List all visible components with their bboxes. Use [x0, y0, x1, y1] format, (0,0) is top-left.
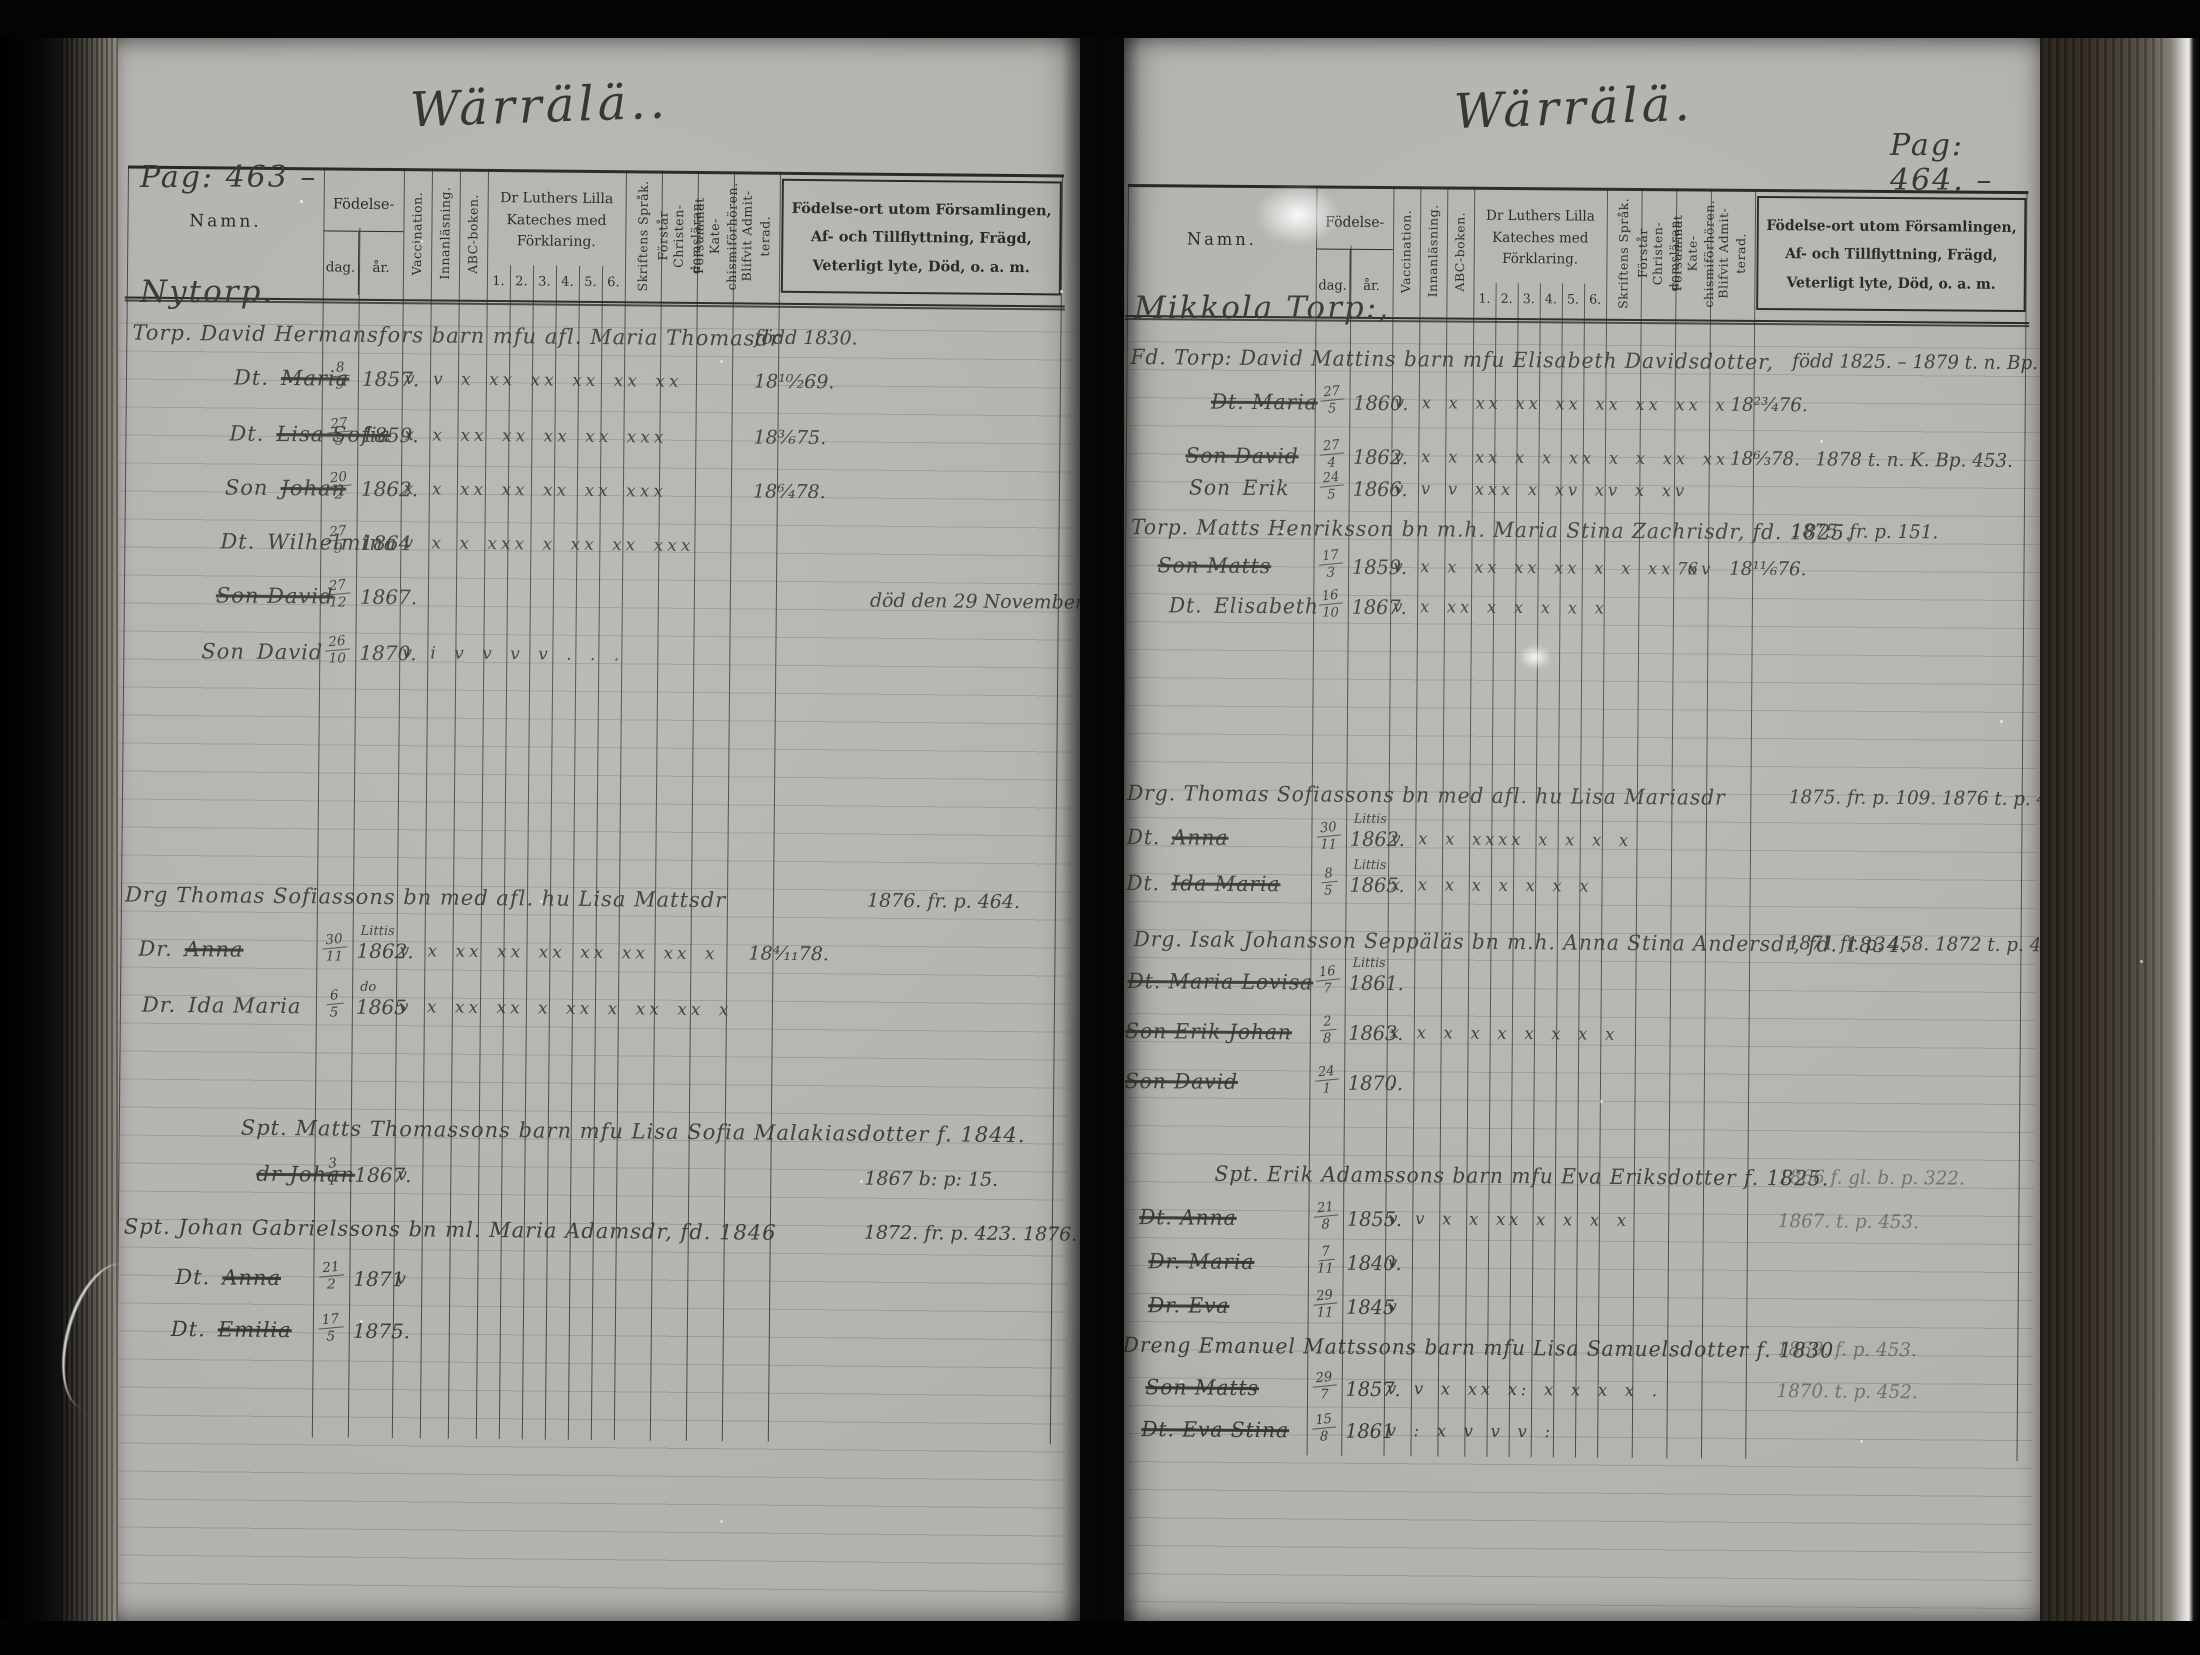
birth-month: 8 — [1323, 1030, 1331, 1046]
person-name-cell: Dr. Maria — [1148, 1249, 1254, 1274]
birth-day-header: dag. — [323, 231, 360, 294]
catechism-marks: v x x xx x x xx x x xx xx — [1394, 447, 1729, 470]
abc-book-label: ABC-boken. — [1452, 194, 1468, 310]
catechism-marks: v v x x xx x x x x — [1388, 1209, 1630, 1231]
birth-day: 27 — [1319, 383, 1345, 401]
birth-date-fraction: 275 — [1317, 384, 1348, 416]
person-name-cell: Dr.Ida Maria — [142, 993, 302, 1019]
catechism-col-5: 5. — [579, 269, 602, 297]
catechism-label-line3: Förklaring. — [1470, 249, 1611, 272]
person-name-cell: Son Matts — [1145, 1375, 1259, 1400]
birth-month: 8 — [1322, 1216, 1330, 1232]
scripture-language-label: Skriftens Språk. — [1616, 195, 1632, 311]
birth-day: 21 — [1313, 1199, 1339, 1217]
column-header-remarks: Födelse-ort utom Församlingen, Af- och T… — [1756, 196, 2026, 312]
birth-year: 1861. — [1349, 971, 1404, 995]
column-header-vaccination: Vaccination. — [403, 175, 432, 291]
admitted-date: 18⁶⁄₄78. — [753, 481, 826, 504]
person-name-cell: Dt.Elisabeth — [1169, 593, 1319, 618]
birth-place-note: Littis — [361, 924, 395, 939]
person-name: Dr. Eva — [1148, 1293, 1230, 1318]
remark-note: död den 29 November 1868. — [870, 590, 1080, 615]
catechism-col-2: 2. — [1495, 286, 1517, 314]
person-row: SonDavid26101870.v i v v v v . . . — [123, 630, 1059, 693]
column-header-birth: Födelse- dag. år. — [323, 170, 404, 295]
catechism-marks: v — [1388, 1297, 1401, 1317]
person-row: Son David27121867.död den 29 November 18… — [124, 574, 1060, 637]
catechism-marks: v x xx xx xx xx xx xx x — [399, 941, 718, 964]
birth-date-fraction: 158 — [1309, 1412, 1340, 1444]
missed-label-line1: Försummat Kate- — [690, 178, 722, 294]
birth-day: 24 — [1314, 1063, 1340, 1081]
catechism-label-line1: Dr Luthers Lilla — [1470, 206, 1611, 229]
birth-month: 2 — [335, 486, 344, 502]
column-header-admitted: Blifvit Admit- terad. — [733, 178, 780, 294]
reading-label: Innanläsning. — [1425, 193, 1441, 309]
birth-month: 12 — [329, 594, 346, 610]
birth-day: 8 — [1320, 866, 1337, 883]
person-prefix: Son — [1189, 475, 1231, 499]
birth-year: 1867. — [360, 585, 417, 610]
person-name-cell: SonDavid — [201, 639, 323, 664]
person-prefix: Dt. — [220, 529, 255, 553]
family-line: Spt. Erik Adamssons barn mfu Eva Eriksdo… — [1214, 1162, 1829, 1191]
person-name-cell: Dt.Anna — [175, 1265, 281, 1290]
person-name: Dt. Eva Stina — [1141, 1417, 1289, 1442]
family-line: Dreng Emanuel Mattssons barn mfu Lisa Sa… — [1124, 1333, 1834, 1363]
catechism-marks: v — [1388, 1253, 1401, 1273]
annotation-cell: 1869. f. p. 453. — [1777, 1338, 1917, 1361]
remark-note: 1875. fr. p. 109. 1876 t. p. 463. — [1789, 786, 2042, 810]
annotation-cell: 18¹¹⁄₆76. — [1729, 558, 1807, 581]
annotation-cell: född 1830. — [754, 327, 857, 350]
birth-place-note: Littis — [1353, 858, 1386, 873]
person-name-cell: Dt. Maria Lovisa — [1127, 969, 1313, 994]
person-name-cell: Dt.Emilia — [171, 1317, 292, 1342]
birth-month: 5 — [335, 432, 344, 448]
annotation-cell: 1870. t. p. 452. — [1776, 1380, 1917, 1403]
birth-month: 10 — [329, 650, 346, 666]
catechism-marks: v x x xxx x xx xx xxx — [403, 533, 694, 556]
remark-note: 1869. f. p. 453. — [1777, 1338, 1917, 1361]
catechism-col-1: 1. — [1473, 286, 1495, 314]
annotation-cell: 1872. fr. p. 423. 1876. t. p. 451. — [864, 1222, 1080, 1247]
birth-month: 11 — [1317, 1260, 1334, 1276]
person-name-cell: Dt.Ida Maria — [1126, 871, 1280, 896]
catechism-marks: v — [396, 1269, 410, 1289]
birth-day: 8 — [331, 360, 349, 377]
catechism-marks: x x xx xx xx xx xxx — [404, 479, 667, 502]
birth-date-fraction: 711 — [1310, 1244, 1341, 1276]
annotation-cell: 1875. fr. p. 151. — [1791, 520, 1938, 543]
book-page-stack-edge-right — [2040, 0, 2200, 1655]
annotation-cell: 18²³⁄₄76. — [1730, 394, 1808, 417]
admitted-date: 18⁴⁄₁₁78. — [748, 943, 829, 966]
birth-day: 27 — [325, 577, 352, 595]
birth-date-fraction: 175 — [315, 1312, 347, 1344]
catechism-marks: v : x v v v : — [1387, 1421, 1554, 1442]
remark-note: född 1830. — [754, 327, 857, 350]
family-line: Drg Thomas Sofiassons bn med afl. hu Lis… — [125, 883, 726, 913]
birth-day: 17 — [318, 1311, 345, 1329]
birth-day: 6 — [325, 988, 343, 1005]
birth-day: 16 — [1315, 963, 1341, 981]
birth-date-fraction: 1610 — [1315, 588, 1346, 620]
person-row: Dt. Maria2751860.v x x xx xx xx xx xx xx… — [1126, 381, 2027, 442]
birth-date-fraction: 2712 — [322, 578, 354, 610]
remark-note: 1867. t. p. 453. — [1778, 1210, 1919, 1233]
catechism-marks: v v x xx x: x x x x . — [1387, 1379, 1661, 1401]
person-name-cell: Son Matts — [1158, 553, 1272, 578]
family-line: Spt. Matts Thomassons barn mfu Lisa Sofi… — [241, 1116, 1026, 1148]
birth-day: 26 — [324, 633, 351, 651]
birth-date-fraction: 218 — [1310, 1200, 1341, 1232]
birth-date-fraction: 65 — [318, 988, 350, 1020]
birth-date-fraction: 245 — [1316, 470, 1347, 502]
catechism-marks: v x x xx xx xx xx xx xx x — [1395, 393, 1729, 416]
birth-day: 24 — [1319, 469, 1345, 487]
person-name-cell: Dt. Maria — [1211, 390, 1318, 415]
person-prefix: Son — [225, 475, 269, 499]
birth-day: 17 — [1318, 547, 1344, 565]
person-name: Son Matts — [1158, 553, 1272, 578]
birth-year-cell: Littis1861. — [1349, 971, 1404, 995]
birth-year-cell: 1867. — [360, 585, 417, 610]
birth-day: 27 — [326, 415, 353, 433]
person-name: David — [257, 640, 324, 665]
catechism-label-line2: Kateches med — [483, 210, 629, 233]
person-name: Son Erik Johan — [1125, 1019, 1292, 1044]
register-page: Pag: 464. – Wärrälä. Mikkola Torp:, Namn… — [1124, 38, 2042, 1622]
catechism-col-1: 1. — [487, 268, 510, 296]
remarks-label-line3: Veterligt lyte, Död, o. a. m. — [783, 251, 1059, 282]
birth-day: 30 — [1316, 819, 1342, 837]
dust-specks — [300, 200, 303, 203]
photo-border-bottom — [0, 1621, 2200, 1655]
annotation-cell: död den 29 November 1868. — [870, 590, 1080, 615]
person-row: Dr.Anna3011Littis1862.v x xx xx xx xx xx… — [120, 928, 1056, 991]
register-page: Pag: 463 – Wärrälä.. Nytorp. Namn. Födel… — [114, 38, 1080, 1622]
birth-year: 1875. — [353, 1319, 410, 1344]
birth-month: 2 — [327, 1276, 336, 1292]
person-prefix: Dt. — [234, 366, 269, 390]
birth-month: 7 — [1320, 1386, 1328, 1402]
admitted-label-line1: Blifvit Admit- — [739, 178, 756, 294]
birth-day: 3 — [323, 1156, 341, 1173]
column-header-missed-examination: Försummat Kate- chismiförhören. — [697, 178, 734, 294]
remark-note: 1876. fr. p. 464. — [867, 890, 1020, 913]
catechism-label-line3: Förklaring. — [483, 231, 629, 254]
birth-date-fraction: 167 — [1312, 964, 1343, 996]
reading-label: Innanläsning. — [437, 175, 454, 291]
missed-label-line1: Försummat Kate- — [1669, 195, 1700, 311]
birth-date-fraction: 297 — [1309, 1370, 1340, 1402]
birth-month: 11 — [1320, 836, 1337, 852]
birth-day: 30 — [321, 931, 348, 949]
catechism-label-line2: Kateches med — [1470, 227, 1611, 250]
abc-book-label: ABC-boken. — [465, 176, 482, 292]
person-name: Son David — [1185, 443, 1298, 468]
admitted-date: 18¹⁰⁄₂69. — [754, 371, 835, 394]
catechism-marks: v x xx xx x xx x xx xx x — [399, 997, 733, 1020]
person-name-cell: Dt.Anna — [1127, 825, 1229, 850]
annotation-cell: 18³⁄₆75. — [753, 427, 826, 450]
admitted-label-line2: terad. — [1733, 196, 1749, 312]
birth-month: 10 — [1322, 604, 1339, 620]
remarks-label-line2: Af- och Tillflyttning, Frägd, — [783, 223, 1059, 254]
birth-date-fraction: 3011 — [1313, 820, 1344, 852]
annotation-cell: 1867. t. p. 453. — [1778, 1210, 1919, 1233]
column-header-missed-examination: Försummat Kate- chismiförhören. — [1675, 195, 1711, 311]
person-row: Dt.Lisa Sofia2751859.x x xx xx xx xx xxx… — [125, 412, 1061, 475]
birth-day: 2 — [1319, 1014, 1336, 1031]
person-prefix: Dt. — [1169, 593, 1203, 617]
remark-note: 1870. t. p. 452. — [1776, 1380, 1917, 1403]
birth-header-label: Födelse- — [324, 196, 404, 213]
catechism-marks: v x x xxxx x x x x — [1391, 829, 1632, 851]
person-name-cell: SonErik — [1189, 475, 1290, 500]
birth-month: 8 — [1320, 1428, 1328, 1444]
birth-month: 11 — [1317, 1304, 1334, 1320]
person-row: Dt.Wilhelmina2791864v x x xxx x xx xx xx… — [124, 520, 1060, 583]
person-name: Elisabeth — [1214, 594, 1319, 619]
birth-day: 20 — [326, 469, 353, 487]
paper-damage-blotch — [1512, 640, 1558, 674]
person-prefix: Dt. — [229, 421, 264, 445]
person-row: Dt.Elisabeth16101867.v x xx x x x x x — [1124, 585, 2025, 646]
annotation-cell: 18¹⁰⁄₂69. — [754, 371, 835, 394]
person-name: Anna — [185, 937, 244, 962]
person-name-cell: Son David — [1125, 1069, 1238, 1094]
column-header-remarks: Födelse-ort utom Församlingen, Af- och T… — [781, 179, 1062, 296]
book-scan-photo: Pag: 463 – Wärrälä.. Nytorp. Namn. Födel… — [0, 0, 2200, 1655]
birth-day: 27 — [325, 523, 352, 541]
person-prefix: Dt. — [171, 1317, 206, 1341]
person-name-cell: Son David — [216, 583, 334, 608]
birth-date-fraction: 202 — [323, 470, 355, 502]
annotation-cell: 18⁴⁄₁₁78. — [748, 943, 829, 966]
annotation-cell: född 1825. – 1879 t. n. Bp. 542. — [1792, 350, 2042, 374]
birth-day: 27 — [1319, 437, 1345, 455]
catechism-marks: v x xx x x x x x — [1393, 597, 1608, 619]
birth-month: 3 — [1327, 564, 1335, 580]
annotation-cell: 18⁶⁄₄78. — [753, 481, 826, 504]
birth-year-header: år. — [359, 232, 404, 295]
birth-date-fraction: 275 — [323, 416, 355, 448]
birth-year-cell: 1875. — [353, 1319, 410, 1344]
person-name: Dt. Maria — [1211, 390, 1318, 415]
parish-title: Wärrälä.. — [409, 74, 670, 139]
birth-month: 5 — [330, 1004, 339, 1020]
birth-date-fraction: 212 — [315, 1260, 347, 1292]
column-header-reading: Innanläsning. — [431, 175, 460, 291]
column-header-reading: Innanläsning. — [1419, 193, 1447, 309]
remark-note: 1872. fr. p. 423. 1876. t. p. 451. — [864, 1222, 1080, 1247]
birth-date-fraction: 2610 — [321, 634, 353, 666]
remarks-label-line1: Födelse-ort utom Församlingen, — [783, 195, 1059, 226]
column-header-catechism: Dr Luthers Lilla Kateches med Förklaring… — [1470, 192, 1611, 287]
family-line: Torp. Matts Henriksson bn m.h. Maria Sti… — [1131, 515, 1853, 545]
admitted-date: 18³⁄₆75. — [753, 427, 826, 450]
person-name: Dt. Maria Lovisa — [1127, 969, 1313, 994]
paper-damage-blotch — [1238, 172, 1358, 258]
person-row: SonJohan2021862.x x xx xx xx xx xxx18⁶⁄₄… — [125, 466, 1061, 529]
person-row: Dr.Ida Maria65do1865v x xx xx x xx x xx … — [120, 984, 1056, 1047]
person-prefix: Dt. — [175, 1265, 210, 1289]
page-number-label: Pag: 463 – — [140, 160, 317, 195]
understands-label-line1: Förstår Christen- — [654, 178, 686, 294]
birth-month: 11 — [326, 948, 343, 964]
annotation-cell: 1871 fr. p. 458. 1872 t. p. 452. — [1788, 932, 2042, 956]
catechism-col-4: 4. — [556, 269, 579, 297]
person-name: Emilia — [218, 1317, 292, 1342]
catechism-marks: v x x xx xx xx x x xx xv — [1393, 557, 1714, 580]
person-row: Son David2411870.. — [1124, 1061, 2022, 1122]
catechism-marks: x x x x x x x x x — [1390, 1023, 1619, 1045]
catechism-marks: . — [1389, 1073, 1398, 1093]
register-table: Namn. Födelse- dag. år. Vaccination. Inn… — [114, 166, 1064, 1615]
birth-place-note: do — [360, 980, 376, 995]
person-name-cell: Dr. Eva — [1148, 1293, 1230, 1318]
catechism-col-3: 3. — [533, 268, 556, 296]
person-prefix: Dr. — [138, 937, 172, 961]
birth-month: 7 — [1323, 980, 1331, 996]
photo-border-top — [0, 0, 2200, 38]
catechism-col-6: 6. — [602, 269, 625, 297]
catechism-marks: v v x xx xx xx xx xx — [405, 369, 683, 392]
birth-subheaders: dag. år. — [323, 230, 404, 295]
remarks-label-line3: Veterligt lyte, Död, o. a. m. — [1758, 268, 2024, 298]
birth-date-fraction: 3011 — [318, 932, 350, 964]
column-header-catechism: Dr Luthers Lilla Kateches med Förklaring… — [483, 174, 630, 269]
person-row: Dt. Eva Stina1581861v : x v v v : — [1124, 1409, 2019, 1470]
birth-date-fraction: 173 — [1315, 548, 1346, 580]
column-header-vaccination: Vaccination. — [1393, 193, 1421, 309]
column-header-name: Namn. — [127, 211, 323, 233]
person-name: Son Matts — [1145, 1375, 1259, 1400]
person-name: Son David — [216, 583, 334, 608]
croft-section-heading: Nytorp. — [140, 274, 274, 310]
person-name-cell: Dt. Eva Stina — [1141, 1417, 1289, 1442]
birth-day: 29 — [1312, 1369, 1338, 1387]
birth-month: 9 — [334, 540, 343, 556]
person-name: Ida Maria — [1171, 871, 1280, 896]
admitted-label-line1: Blifvit Admit- — [1716, 196, 1732, 312]
vaccination-label: Vaccination. — [409, 175, 426, 291]
person-name: Dt. Anna — [1139, 1205, 1237, 1230]
vaccination-label: Vaccination. — [1398, 193, 1414, 309]
remark-note: 1875. fr. p. 151. — [1791, 520, 1938, 543]
birth-month: 1 — [328, 1172, 337, 1188]
admitted-date: 18⁶⁄₃78. — [1730, 448, 1800, 471]
remark-note: född 1825. – 1879 t. n. Bp. 542. — [1792, 350, 2042, 374]
birth-day: 29 — [1312, 1287, 1338, 1305]
person-row: Dt.Emilia1751875. — [117, 1308, 1053, 1371]
person-prefix: Son — [201, 639, 245, 663]
family-line: Spt. Johan Gabrielssons bn ml. Maria Ada… — [124, 1215, 777, 1245]
column-header-abc-book: ABC-boken. — [459, 176, 488, 292]
person-name-cell: Son Erik Johan — [1125, 1019, 1292, 1044]
family-heading-row: Drg Thomas Sofiassons bn med afl. hu Lis… — [121, 874, 1057, 937]
person-prefix: Dr. — [142, 993, 176, 1017]
annotation-cell: 1876. fr. p. 464. — [867, 890, 1020, 913]
scripture-language-label: Skriftens Språk. — [635, 177, 652, 293]
missed-examination-note: 76 — [1677, 559, 1698, 579]
family-line: Drg. Thomas Sofiassons bn med afl. hu Li… — [1127, 781, 1726, 810]
birth-month: 5 — [326, 1328, 335, 1344]
person-name-cell: Dr.Anna — [138, 937, 243, 962]
person-name: Dr. Maria — [1148, 1249, 1254, 1274]
birth-month: 1 — [1323, 1080, 1331, 1096]
catechism-col-4: 4. — [1540, 286, 1562, 314]
annotation-cell: 1866 f. gl. b. p. 322. — [1778, 1166, 1965, 1189]
remark-note: 1867 b: p: 15. — [864, 1168, 998, 1191]
admitted-date: 18¹¹⁄₆76. — [1729, 558, 1807, 581]
person-name: Anna — [1172, 825, 1229, 849]
birth-date-fraction: 241 — [1311, 1064, 1342, 1096]
catechism-col-5: 5. — [1562, 286, 1584, 314]
birth-date-fraction: 274 — [1316, 438, 1347, 470]
catechism-label-line1: Dr Luthers Lilla — [484, 188, 630, 211]
croft-section-heading: Mikkola Torp:, — [1134, 290, 1390, 326]
birth-date-fraction: 2911 — [1310, 1288, 1341, 1320]
remarks-label-line1: Födelse-ort utom Församlingen, — [1759, 212, 2025, 242]
annotation-cell: 1867 b: p: 15. — [864, 1168, 998, 1191]
catechism-marks: x x xx xx xx xx xxx — [404, 425, 667, 448]
person-name: Son David — [1125, 1069, 1238, 1094]
column-header-abc-book: ABC-boken. — [1446, 194, 1474, 310]
page-number-label: Pag: 464. – — [1890, 128, 2042, 198]
admitted-date: 18²³⁄₄76. — [1730, 394, 1808, 417]
birth-date-fraction: 31 — [316, 1156, 348, 1188]
birth-date-fraction: 279 — [322, 524, 354, 556]
person-name: Erik — [1242, 476, 1289, 500]
understands-label-line1: Förstår Christen- — [1635, 195, 1666, 311]
catechism-marks: v v v xxx x xv xv x xv — [1394, 479, 1688, 501]
remark-note: 1871 fr. p. 458. 1872 t. p. 452. — [1788, 932, 2042, 956]
person-row: dr Johan311867.v1867 b: p: 15. — [118, 1152, 1054, 1215]
annotation-cell: 18⁶⁄₃78.1878 t. n. K. Bp. 453. — [1730, 448, 2013, 472]
book-gutter-shadow — [1062, 0, 1140, 1655]
catechism-marks: v i v v v v . . . — [402, 643, 623, 665]
birth-day: 16 — [1318, 587, 1344, 605]
birth-month: 5 — [1324, 882, 1332, 898]
birth-date-fraction: 28 — [1312, 1014, 1343, 1046]
birth-day: 21 — [318, 1259, 345, 1277]
person-name-cell: Dt. Anna — [1139, 1205, 1237, 1230]
remark-note: 1878 t. n. K. Bp. 453. — [1815, 448, 2013, 472]
family-line: Fd. Torp: David Mattins barn mfu Elisabe… — [1130, 345, 1774, 374]
catechism-col-2: 2. — [510, 268, 533, 296]
catechism-col-6: 6. — [1584, 287, 1606, 315]
register-table: Namn. Födelse- dag. år. Vaccination. Inn… — [1124, 184, 2028, 1622]
birth-date-fraction: 89 — [324, 360, 356, 392]
birth-place-note: Littis — [1353, 956, 1386, 971]
birth-day: 7 — [1317, 1244, 1334, 1261]
catechism-marks: x x x x x x x x — [1391, 875, 1593, 897]
family-line: Torp. David Hermansfors barn mfu afl. Ma… — [132, 321, 781, 351]
birth-date-fraction: 85 — [1313, 866, 1344, 898]
birth-month: 9 — [336, 376, 345, 392]
person-row: Dt.Ida Maria85Littis1865.x x x x x x x x — [1124, 863, 2023, 924]
person-name: Ida Maria — [188, 993, 301, 1018]
catechism-col-3: 3. — [1518, 286, 1540, 314]
person-row: Dt.Maria891857.v v x xx xx xx xx xx18¹⁰⁄… — [126, 356, 1062, 419]
birth-place-note: Littis — [1354, 812, 1387, 827]
birth-month: 5 — [1328, 400, 1336, 416]
column-header-admitted: Blifvit Admit- terad. — [1710, 196, 1755, 312]
birth-month: 5 — [1327, 486, 1335, 502]
